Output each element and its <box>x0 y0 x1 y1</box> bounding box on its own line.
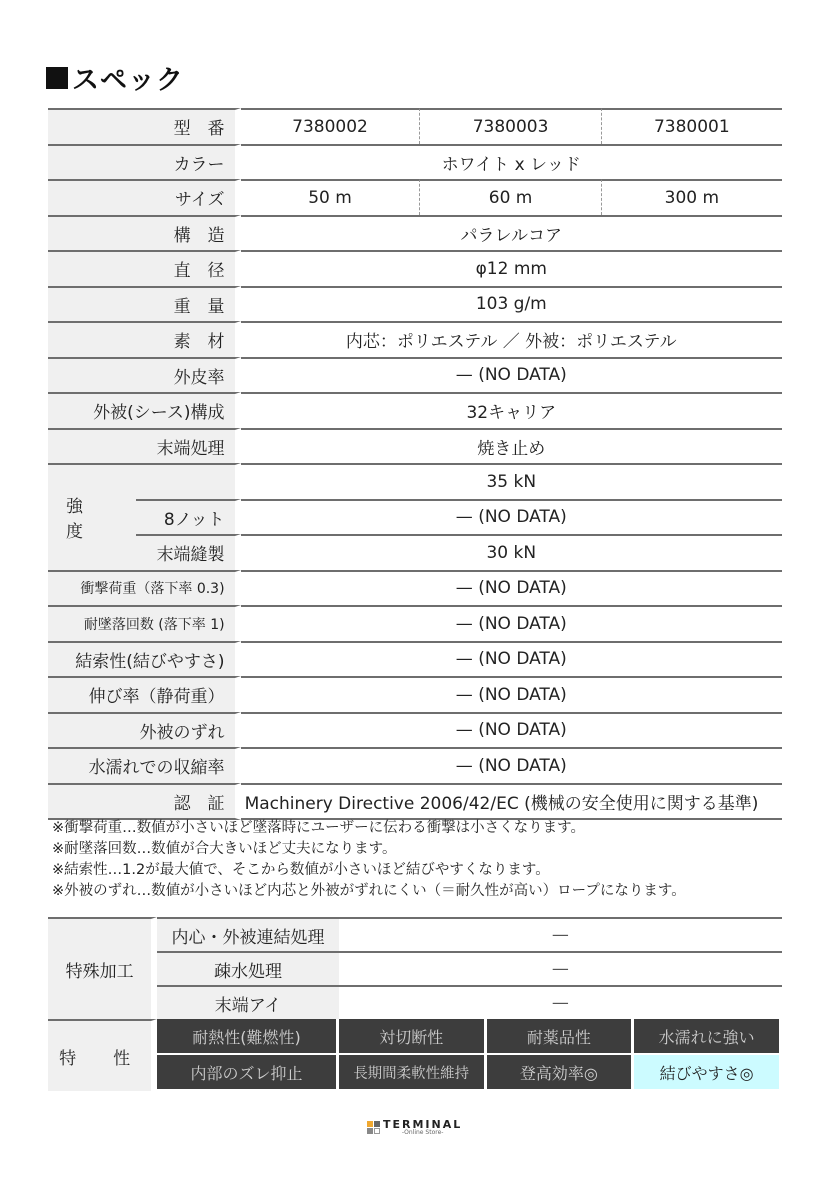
cert-label: 認 証 <box>48 783 241 821</box>
special-row-value: — <box>339 985 782 1019</box>
table-row: 末端アイ — <box>48 985 782 1019</box>
row-label: 伸び率（静荷重） <box>48 676 241 712</box>
row-value: 32キャリア <box>241 392 782 428</box>
feature-badge-active: 結びやすさ◎ <box>634 1055 782 1091</box>
special-row-label: 内心・外被連結処理 <box>157 917 339 951</box>
special-processing-label: 特殊加工 <box>48 917 157 1019</box>
strength-sublabel: 8ノット <box>136 499 241 535</box>
model-label: 型 番 <box>48 108 241 144</box>
strength-label: 強 度 <box>48 463 136 570</box>
feature-badge-inactive: 水濡れに強い <box>634 1019 782 1055</box>
row-label: 結索性(結びやすさ) <box>48 641 241 677</box>
logo-grid-icon <box>367 1121 380 1134</box>
footnote: ※外被のずれ…数値が小さいほど内芯と外被がずれにくい（＝耐久性が高い）ロープにな… <box>52 881 686 902</box>
model-value: 7380001 <box>601 108 782 144</box>
page-title-text: スペック <box>72 58 184 97</box>
table-row: 特殊加工 内心・外被連結処理 — <box>48 917 782 951</box>
special-row-value: — <box>339 917 782 951</box>
row-label: 重 量 <box>48 286 241 322</box>
row-label: 直 径 <box>48 250 241 286</box>
row-value: — (NO DATA) <box>241 712 782 748</box>
footnote: ※結索性…1.2が最大値で、そこから数値が小さいほど結びやすくなります。 <box>52 860 686 881</box>
table-row: 認 証 Machinery Directive 2006/42/EC (機械の安… <box>48 783 782 821</box>
row-value: — (NO DATA) <box>241 357 782 393</box>
table-row: カラー ホワイト x レッド <box>48 144 782 180</box>
feature-badge-inactive: 内部のズレ抑止 <box>157 1055 339 1091</box>
page-title: スペック <box>46 58 184 97</box>
table-row: 外皮率— (NO DATA) <box>48 357 782 393</box>
square-bullet-icon <box>46 67 68 89</box>
model-value: 7380003 <box>419 108 600 144</box>
table-row: 直 径φ12 mm <box>48 250 782 286</box>
feature-badge-inactive: 耐熱性(難燃性) <box>157 1019 339 1055</box>
row-value: — (NO DATA) <box>241 676 782 712</box>
size-label: サイズ <box>48 179 241 215</box>
special-row-value: — <box>339 951 782 985</box>
color-label: カラー <box>48 144 241 180</box>
table-row: 結索性(結びやすさ)— (NO DATA) <box>48 641 782 677</box>
footnote: ※衝撃荷重…数値が小さいほど墜落時にユーザーに伝わる衝撃は小さくなります。 <box>52 818 686 839</box>
table-row: 8ノット — (NO DATA) <box>48 499 782 535</box>
features-label: 特 性 <box>48 1019 157 1091</box>
row-label: 水濡れでの収縮率 <box>48 747 241 783</box>
row-value: — (NO DATA) <box>241 641 782 677</box>
feature-badge-inactive: 登高効率◎ <box>487 1055 635 1091</box>
footnotes: ※衝撃荷重…数値が小さいほど墜落時にユーザーに伝わる衝撃は小さくなります。 ※耐… <box>52 818 686 902</box>
strength-value: — (NO DATA) <box>241 499 782 535</box>
strength-sublabel: 末端縫製 <box>136 534 241 570</box>
table-row: 衝撃荷重（落下率 0.3)— (NO DATA) <box>48 570 782 606</box>
table-row: 耐墜落回数 (落下率 1)— (NO DATA) <box>48 605 782 641</box>
feature-badge-inactive: 対切断性 <box>339 1019 487 1055</box>
table-row: 重 量103 g/m <box>48 286 782 322</box>
row-label: 衝撃荷重（落下率 0.3) <box>48 570 241 606</box>
row-value: 焼き止め <box>241 428 782 464</box>
spec-table: 型 番 7380002 7380003 7380001 カラー ホワイト x レ… <box>48 108 782 820</box>
table-row: 外被のずれ— (NO DATA) <box>48 712 782 748</box>
strength-sublabel <box>136 463 241 499</box>
table-row: 型 番 7380002 7380003 7380001 <box>48 108 782 144</box>
row-label: 外皮率 <box>48 357 241 393</box>
cert-value: Machinery Directive 2006/42/EC (機械の安全使用に… <box>241 783 782 821</box>
table-row: 伸び率（静荷重）— (NO DATA) <box>48 676 782 712</box>
row-label: 外被(シース)構成 <box>48 392 241 428</box>
strength-value: 35 kN <box>241 463 782 499</box>
row-value: パラレルコア <box>241 215 782 251</box>
row-label: 耐墜落回数 (落下率 1) <box>48 605 241 641</box>
table-row: 構 造パラレルコア <box>48 215 782 251</box>
size-value: 60 m <box>419 179 600 215</box>
feature-badge-inactive: 長期間柔軟性維持 <box>339 1055 487 1091</box>
special-row-label: 末端アイ <box>157 985 339 1019</box>
table-row: 外被(シース)構成32キャリア <box>48 392 782 428</box>
strength-value: 30 kN <box>241 534 782 570</box>
row-label: 外被のずれ <box>48 712 241 748</box>
table-row: 特 性 耐熱性(難燃性) 対切断性 耐薬品性 水濡れに強い <box>48 1019 782 1055</box>
logo-sub: -Online Store- <box>383 1130 462 1136</box>
table-row: 内部のズレ抑止 長期間柔軟性維持 登高効率◎ 結びやすさ◎ <box>48 1055 782 1091</box>
color-value: ホワイト x レッド <box>241 144 782 180</box>
special-row-label: 疎水処理 <box>157 951 339 985</box>
features-table: 特殊加工 内心・外被連結処理 — 疎水処理 — 末端アイ — 特 性 耐熱性(難… <box>48 917 782 1091</box>
size-value: 50 m <box>241 179 420 215</box>
size-value: 300 m <box>601 179 782 215</box>
store-logo: TERMINAL -Online Store- <box>367 1119 462 1136</box>
table-row: サイズ 50 m 60 m 300 m <box>48 179 782 215</box>
row-label: 末端処理 <box>48 428 241 464</box>
row-value: — (NO DATA) <box>241 747 782 783</box>
table-row: 末端縫製 30 kN <box>48 534 782 570</box>
table-row: 水濡れでの収縮率— (NO DATA) <box>48 747 782 783</box>
table-row: 素 材内芯：ポリエステル ／ 外被：ポリエステル <box>48 321 782 357</box>
row-value: 103 g/m <box>241 286 782 322</box>
row-value: φ12 mm <box>241 250 782 286</box>
footnote: ※耐墜落回数…数値が合大きいほど丈夫になります。 <box>52 839 686 860</box>
row-label: 構 造 <box>48 215 241 251</box>
table-row: 疎水処理 — <box>48 951 782 985</box>
table-row: 強 度 35 kN <box>48 463 782 499</box>
table-row: 末端処理焼き止め <box>48 428 782 464</box>
row-value: — (NO DATA) <box>241 605 782 641</box>
model-value: 7380002 <box>241 108 420 144</box>
row-value: — (NO DATA) <box>241 570 782 606</box>
row-value: 内芯：ポリエステル ／ 外被：ポリエステル <box>241 321 782 357</box>
feature-badge-inactive: 耐薬品性 <box>487 1019 635 1055</box>
row-label: 素 材 <box>48 321 241 357</box>
